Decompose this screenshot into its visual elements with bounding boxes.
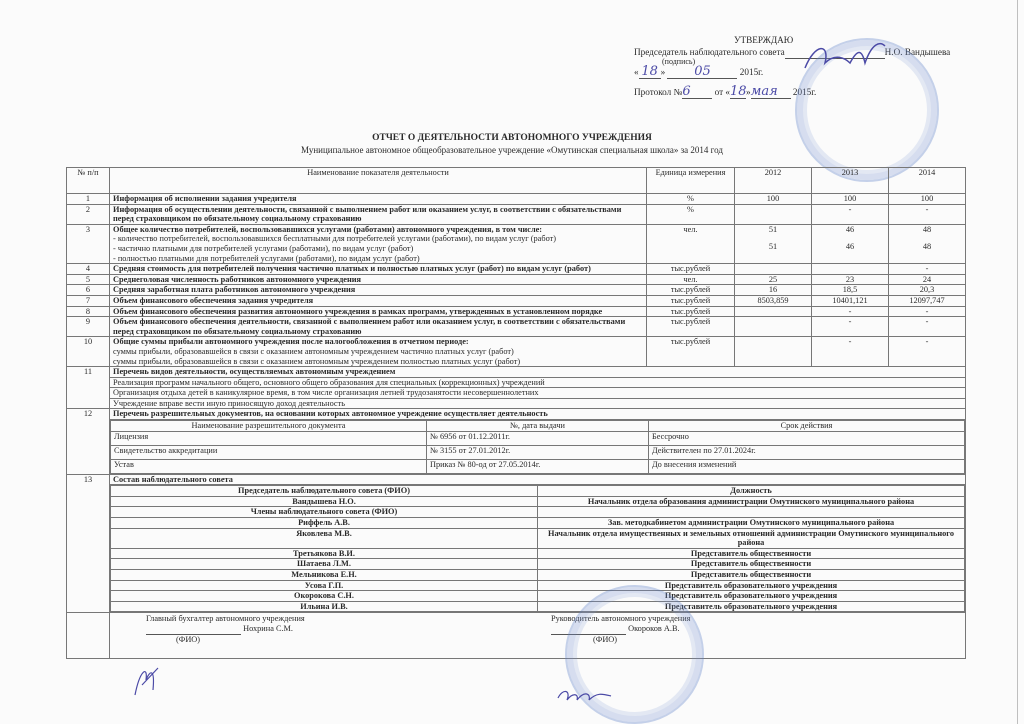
report-title: ОТЧЕТ О ДЕЯТЕЛЬНОСТИ АВТОНОМНОГО УЧРЕЖДЕ…: [0, 133, 1024, 143]
activity-text: Организация отдыха детей в каникулярное …: [110, 388, 966, 399]
row-title: Объем финансового обеспечения развития а…: [110, 306, 647, 317]
row-2013: 18,5: [812, 285, 889, 296]
row-2013: [812, 264, 889, 275]
activity-item: Организация отдыха детей в каникулярное …: [67, 388, 966, 399]
row-2013: 23: [812, 274, 889, 285]
row-title: Средняя стоимость для потребителей получ…: [110, 264, 647, 275]
row-2012: 100: [735, 194, 812, 205]
row-2012: 16: [735, 285, 812, 296]
permit-number: Приказ № 80-од от 27.05.2014г.: [426, 459, 648, 473]
signature-line: [785, 46, 885, 59]
protocol-from: от «: [715, 87, 730, 97]
director-signature-icon: [555, 686, 615, 708]
member-name: Ильина И.В.: [111, 601, 538, 612]
table-row: 5 Среднеголовая численность работников а…: [67, 274, 966, 285]
member-position: Представитель образовательного учреждени…: [538, 580, 965, 591]
approval-chair-name: Н.О. Вандышева: [885, 47, 951, 57]
row-title: Средняя заработная плата работников авто…: [110, 285, 647, 296]
row-2014: 4848: [889, 224, 966, 263]
activity-text: Учреждение вправе вести иную приносящую …: [110, 398, 966, 409]
row-2013: -: [812, 306, 889, 317]
permit-header-validity: Срок действия: [649, 421, 965, 432]
protocol-number: 6: [682, 86, 712, 99]
report-table: № п/п Наименование показателя деятельнос…: [66, 167, 966, 659]
permits-header-row: Наименование разрешительного документа №…: [111, 421, 965, 432]
accountant-block: Главный бухгалтер автономного учреждения…: [146, 614, 305, 644]
row-2012: [735, 317, 812, 337]
permit-number: № 3155 от 27.01.2012г.: [426, 445, 648, 459]
member-name: Усова Г.П.: [111, 580, 538, 591]
accountant-title: Главный бухгалтер автономного учреждения: [146, 614, 305, 624]
date-month: 05: [667, 66, 737, 79]
row-2012: [735, 264, 812, 275]
row-unit: тыс.рублей: [647, 264, 735, 275]
table-row: 8 Объем финансового обеспечения развития…: [67, 306, 966, 317]
header-unit: Единица измерения: [647, 168, 735, 194]
board-row: Вандышева Н.О. Начальник отдела образова…: [111, 496, 965, 507]
member-position: Начальник отдела образования администрац…: [538, 496, 965, 507]
row-num: 5: [67, 274, 110, 285]
board-row: Риффель А.В.Зав. методкабинетом админист…: [111, 518, 965, 529]
signatures-cell: Главный бухгалтер автономного учреждения…: [110, 613, 966, 659]
section-13-header: 13 Состав наблюдательного совета: [67, 474, 966, 485]
table-row: 6 Средняя заработная плата работников ав…: [67, 285, 966, 296]
permit-validity: Действителен по 27.01.2024г.: [649, 445, 965, 459]
director-name: Окороков А.В.: [628, 624, 679, 633]
accountant-signature-line: [146, 624, 241, 635]
row-unit: чел.: [647, 274, 735, 285]
row-title: Объем финансового обеспечения задания уч…: [110, 295, 647, 306]
table-row: 7 Объем финансового обеспечения задания …: [67, 295, 966, 306]
table-row: 2 Информация об осуществлении деятельнос…: [67, 204, 966, 224]
member-name: Шатаева Л.М.: [111, 559, 538, 570]
board-table: Председатель наблюдательного совета (ФИО…: [110, 485, 965, 612]
row-num: 13: [67, 474, 110, 613]
board-row: Усова Г.П.Представитель образовательного…: [111, 580, 965, 591]
member-name: Мельникова Е.Н.: [111, 570, 538, 581]
permit-row: Устав Приказ № 80-од от 27.05.2014г. До …: [111, 459, 965, 473]
board-row: Мельникова Е.Н.Представитель общественно…: [111, 570, 965, 581]
permit-name: Устав: [111, 459, 427, 473]
section-title: Перечень разрешительных документов, на о…: [110, 409, 966, 420]
header-2014: 2014: [889, 168, 966, 194]
row-num: 7: [67, 295, 110, 306]
table-row: 1 Информация об исполнении задания учред…: [67, 194, 966, 205]
row-title: Информация об исполнении задания учредит…: [110, 194, 647, 205]
date-day: 18: [639, 66, 661, 79]
member-name: Окорокова С.Н.: [111, 591, 538, 602]
member-position: Представитель образовательного учреждени…: [538, 591, 965, 602]
date-year: 2015г.: [740, 67, 763, 77]
members-header: Члены наблюдательного совета (ФИО): [111, 507, 538, 518]
board-row: Окорокова С.Н.Представитель образователь…: [111, 591, 965, 602]
date-quote-close: »: [661, 67, 666, 77]
report-subtitle: Муниципальное автономное общеобразовател…: [0, 145, 1024, 155]
signatures-row: Главный бухгалтер автономного учреждения…: [67, 613, 966, 659]
row-2013: -: [812, 204, 889, 224]
row-subitem: суммы прибыли, образовавшейся в связи с …: [113, 357, 643, 367]
row-unit: чел.: [647, 224, 735, 263]
permit-header-number: №, дата выдачи: [426, 421, 648, 432]
row-2013: -: [812, 317, 889, 337]
table-row: 10 Общие суммы прибыли автономного учреж…: [67, 337, 966, 367]
accountant-name: Нохрина С.М.: [243, 624, 293, 633]
row-subitem: суммы прибыли, образовавшейся в связи с …: [113, 347, 643, 357]
row-title: Среднеголовая численность работников авт…: [110, 274, 647, 285]
permits-table: Наименование разрешительного документа №…: [110, 420, 965, 474]
activity-item: Реализация программ начального общего, о…: [67, 377, 966, 388]
permits-container: Наименование разрешительного документа №…: [67, 420, 966, 475]
row-2014: 100: [889, 194, 966, 205]
row-title-group: Общее количество потребителей, воспользо…: [110, 224, 647, 263]
row-num: 10: [67, 337, 110, 367]
protocol-label: Протокол №: [634, 87, 682, 97]
board-container: Председатель наблюдательного совета (ФИО…: [67, 485, 966, 613]
row-title: Общие суммы прибыли автономного учрежден…: [113, 337, 643, 347]
protocol-year: 2015г.: [793, 87, 816, 97]
page-edge: [1017, 0, 1018, 724]
table-row: 9 Объем финансового обеспечения деятельн…: [67, 317, 966, 337]
row-2012: [735, 337, 812, 367]
row-subitem: - частично платными для потребителей усл…: [113, 244, 643, 254]
member-position: Начальник отдела имущественных и земельн…: [538, 528, 965, 548]
board-row: Третьякова В.И.Представитель общественно…: [111, 548, 965, 559]
row-unit: тыс.рублей: [647, 317, 735, 337]
table-row: 3 Общее количество потребителей, восполь…: [67, 224, 966, 263]
accountant-caption: (ФИО): [146, 635, 305, 645]
row-2013: 100: [812, 194, 889, 205]
row-num: 11: [67, 367, 110, 409]
director-title: Руководитель автономного учреждения: [551, 614, 691, 624]
header-name: Наименование показателя деятельности: [110, 168, 647, 194]
row-num: 12: [67, 409, 110, 474]
member-name: Вандышева Н.О.: [111, 496, 538, 507]
table-row: 4 Средняя стоимость для потребителей пол…: [67, 264, 966, 275]
value: 51: [738, 242, 808, 252]
row-unit: тыс.рублей: [647, 285, 735, 296]
row-2014: -: [889, 317, 966, 337]
section-12-header: 12 Перечень разрешительных документов, н…: [67, 409, 966, 420]
approval-date-line: «18» 05 2015г.: [634, 66, 763, 79]
protocol-month: мая: [751, 86, 791, 99]
permit-row: Лицензия № 6956 от 01.12.2011г. Бессрочн…: [111, 431, 965, 445]
director-caption: (ФИО): [551, 635, 691, 645]
board-header-row: Председатель наблюдательного совета (ФИО…: [111, 486, 965, 497]
row-num: 6: [67, 285, 110, 296]
board-row: Яковлева М.В.Начальник отдела имуществен…: [111, 528, 965, 548]
section-title: Состав наблюдательного совета: [110, 474, 966, 485]
permit-name: Лицензия: [111, 431, 427, 445]
row-num: 9: [67, 317, 110, 337]
value: 46: [815, 242, 885, 252]
row-2012: 5151: [735, 224, 812, 263]
member-position: Зав. методкабинетом администрации Омутин…: [538, 518, 965, 529]
section-title: Перечень видов деятельности, осуществляе…: [110, 367, 966, 378]
row-num: 4: [67, 264, 110, 275]
empty-cell: [67, 613, 110, 659]
row-2014: 24: [889, 274, 966, 285]
member-position: Представитель общественности: [538, 570, 965, 581]
permit-validity: До внесения изменений: [649, 459, 965, 473]
row-unit: %: [647, 194, 735, 205]
board-cell: Председатель наблюдательного совета (ФИО…: [110, 485, 966, 613]
header-num: № п/п: [67, 168, 110, 194]
header-2012: 2012: [735, 168, 812, 194]
row-num: 8: [67, 306, 110, 317]
chair-header: Председатель наблюдательного совета (ФИО…: [111, 486, 538, 497]
row-num: 2: [67, 204, 110, 224]
row-title: Объем финансового обеспечения деятельнос…: [110, 317, 647, 337]
row-unit: тыс.рублей: [647, 295, 735, 306]
permit-name: Свидетельство аккредитации: [111, 445, 427, 459]
value: 46: [815, 225, 885, 235]
row-2014: -: [889, 204, 966, 224]
row-2014: 12097,747: [889, 295, 966, 306]
member-position: Представитель общественности: [538, 559, 965, 570]
permit-header-name: Наименование разрешительного документа: [111, 421, 427, 432]
member-position: Представитель общественности: [538, 548, 965, 559]
member-position: Представитель образовательного учреждени…: [538, 601, 965, 612]
permit-validity: Бессрочно: [649, 431, 965, 445]
row-2013: 4646: [812, 224, 889, 263]
director-signature-line: [551, 624, 626, 635]
value: 51: [738, 225, 808, 235]
row-2012: [735, 306, 812, 317]
row-title: Общее количество потребителей, воспользо…: [113, 225, 643, 235]
row-subitem: - полностью платными для потребителей ус…: [113, 254, 643, 264]
row-2014: -: [889, 337, 966, 367]
position-header: Должность: [538, 486, 965, 497]
board-row: Шатаева Л.М.Представитель общественности: [111, 559, 965, 570]
row-unit: %: [647, 204, 735, 224]
activity-text: Реализация программ начального общего, о…: [110, 377, 966, 388]
official-stamp-icon: [795, 38, 939, 182]
member-name: Третьякова В.И.: [111, 548, 538, 559]
row-2012: [735, 204, 812, 224]
member-name: Риффель А.В.: [111, 518, 538, 529]
table-header-row: № п/п Наименование показателя деятельнос…: [67, 168, 966, 194]
value: 48: [892, 242, 962, 252]
row-2014: -: [889, 264, 966, 275]
row-2014: -: [889, 306, 966, 317]
row-unit: тыс.рублей: [647, 306, 735, 317]
row-2012: 8503,859: [735, 295, 812, 306]
row-2012: 25: [735, 274, 812, 285]
row-2014: 20,3: [889, 285, 966, 296]
accountant-signature-icon: [120, 660, 170, 700]
board-members-header-row: Члены наблюдательного совета (ФИО): [111, 507, 965, 518]
permit-number: № 6956 от 01.12.2011г.: [426, 431, 648, 445]
activity-item: Учреждение вправе вести иную приносящую …: [67, 398, 966, 409]
member-name: Яковлева М.В.: [111, 528, 538, 548]
row-title-group: Общие суммы прибыли автономного учрежден…: [110, 337, 647, 367]
section-11-header: 11 Перечень видов деятельности, осуществ…: [67, 367, 966, 378]
protocol-line: Протокол №6 от «18»мая 2015г.: [634, 86, 816, 99]
row-title: Информация об осуществлении деятельности…: [110, 204, 647, 224]
row-subitem: - количество потребителей, воспользовавш…: [113, 234, 643, 244]
row-2013: 10401,121: [812, 295, 889, 306]
protocol-day: 18: [730, 86, 746, 99]
permit-row: Свидетельство аккредитации № 3155 от 27.…: [111, 445, 965, 459]
director-block: Руководитель автономного учреждения Окор…: [551, 614, 691, 644]
header-2013: 2013: [812, 168, 889, 194]
board-row: Ильина И.В.Представитель образовательног…: [111, 601, 965, 612]
permits-cell: Наименование разрешительного документа №…: [110, 420, 966, 475]
row-num: 1: [67, 194, 110, 205]
row-2013: -: [812, 337, 889, 367]
row-unit: тыс.рублей: [647, 337, 735, 367]
value: 48: [892, 225, 962, 235]
approval-chair-label: Председатель наблюдательного совета: [634, 47, 785, 57]
row-num: 3: [67, 224, 110, 263]
approval-heading: УТВЕРЖДАЮ: [734, 34, 793, 46]
empty-cell: [538, 507, 965, 518]
